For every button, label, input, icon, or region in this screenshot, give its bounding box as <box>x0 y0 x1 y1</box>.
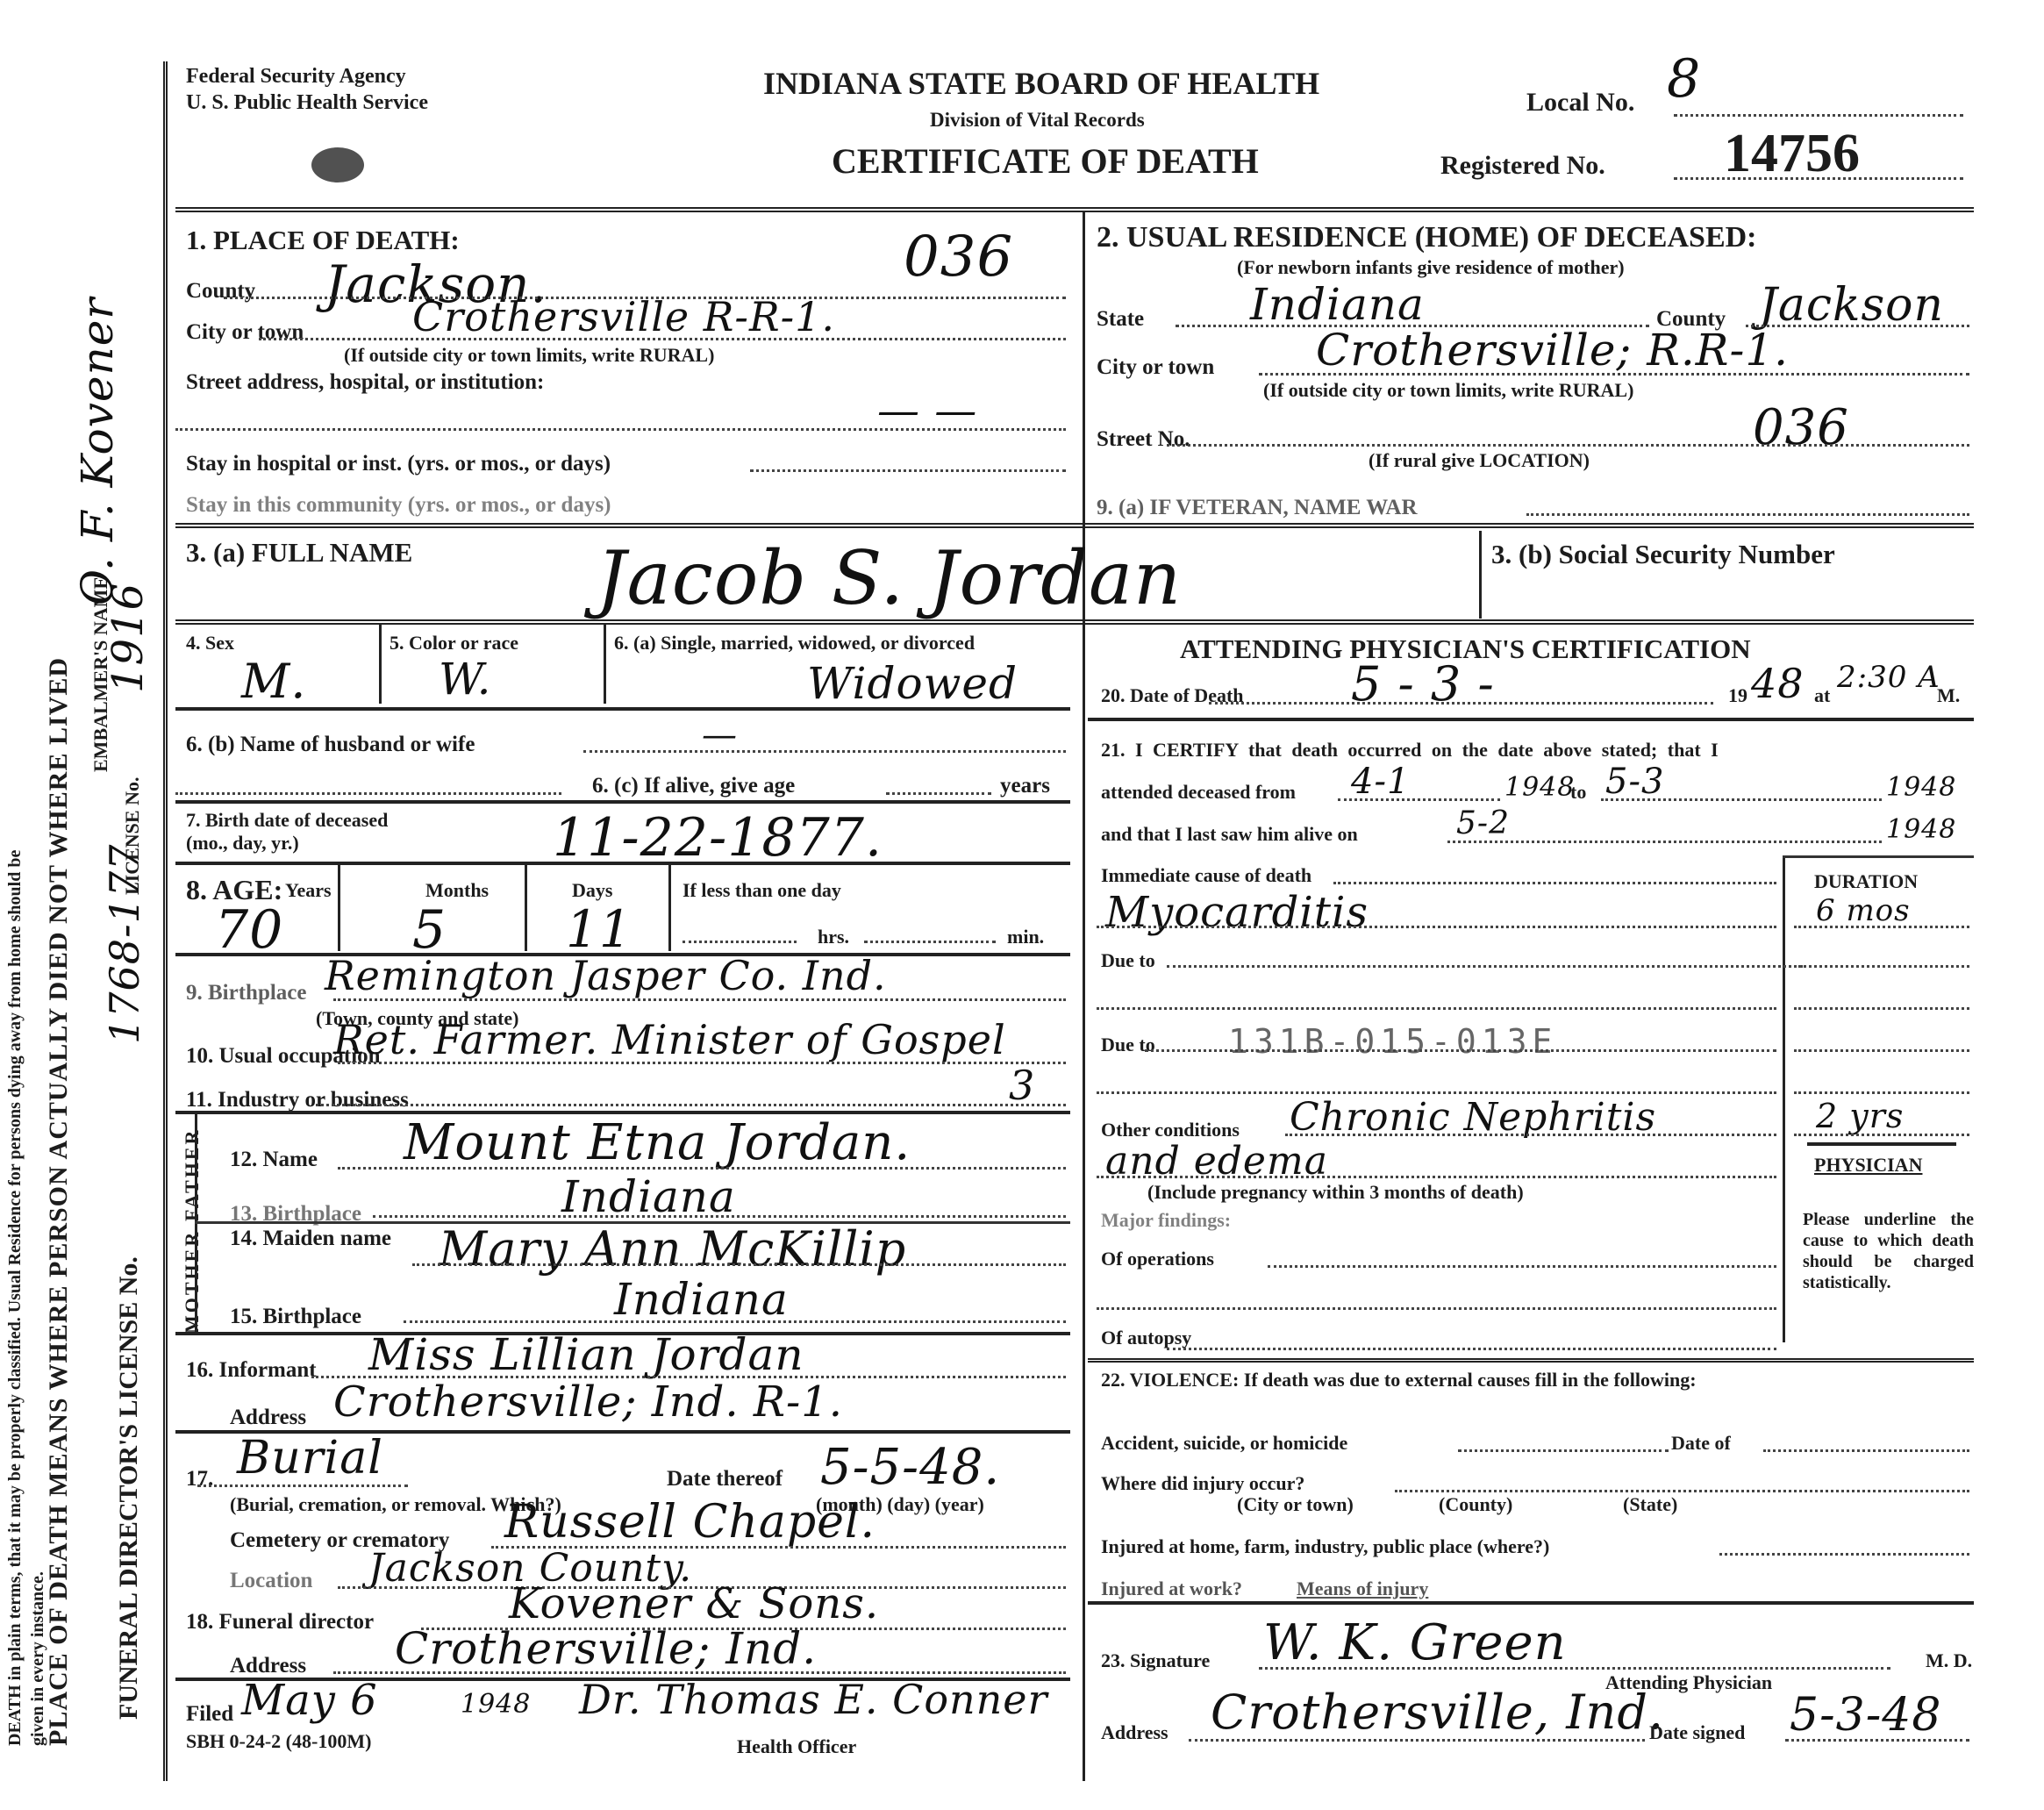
location-label: Location <box>230 1569 312 1593</box>
other-duration[interactable]: 2 yrs <box>1816 1097 1904 1135</box>
registered-no-label: Registered No. <box>1440 151 1605 181</box>
death-time-label: at <box>1814 684 1830 707</box>
due-to-duration-line-2b <box>1794 1091 1969 1094</box>
last-saw-year[interactable]: 1948 <box>1886 814 1956 845</box>
date-signed-line <box>1785 1739 1969 1742</box>
license-value: 1916 <box>104 583 153 693</box>
marital-value[interactable]: Widowed <box>807 658 1018 709</box>
injured-at-line <box>1719 1553 1969 1556</box>
full-name-value[interactable]: Jacob S. Jordan <box>597 535 1182 621</box>
physician-box-note: Please underline the cause to which deat… <box>1803 1209 1974 1293</box>
attended-to-year[interactable]: 1948 <box>1886 772 1956 803</box>
at-work-label: Injured at work? <box>1101 1577 1242 1600</box>
duration-divider <box>1783 855 1785 1342</box>
immediate-label: Immediate cause of death <box>1101 864 1311 887</box>
veteran-label: 9. (a) IF VETERAN, NAME WAR <box>1097 496 1418 520</box>
embalmer-value: O. F. Kovener <box>72 297 123 605</box>
mother-maiden-label: 14. Maiden name <box>230 1227 391 1251</box>
accident-label: Accident, suicide, or homicide <box>1101 1432 1347 1455</box>
spouse-age-label: 6. (c) If alive, give age <box>592 774 795 798</box>
agency-line-2: U. S. Public Health Service <box>186 91 428 115</box>
other-line-1 <box>1285 1134 1776 1136</box>
burial-date-value[interactable]: 5-5-48. <box>820 1439 1000 1496</box>
sex-race-divider <box>379 625 382 704</box>
mother-birthplace-label: 15. Birthplace <box>230 1305 361 1329</box>
due-to-line-2b <box>1097 1091 1776 1094</box>
director-value[interactable]: Kovener & Sons. <box>509 1579 879 1628</box>
death-time-suffix: M. <box>1937 684 1960 707</box>
due-to-label-1: Due to <box>1101 949 1155 972</box>
street-label: Street address, hospital, or institution… <box>186 370 544 395</box>
attended-from-year[interactable]: 1948 <box>1504 772 1575 803</box>
immediate-label-line <box>1333 882 1776 884</box>
due-to-duration-line-1 <box>1794 965 1969 968</box>
fd-license-label: FUNERAL DIRECTOR'S LICENSE No. <box>114 1256 144 1720</box>
marital-label: 6. (a) Single, married, widowed, or divo… <box>614 632 1053 655</box>
mother-maiden-line <box>412 1263 1066 1266</box>
father-name-label: 12. Name <box>230 1148 318 1172</box>
fd-license-value: 1768-177 <box>101 844 148 1044</box>
race-value-text[interactable]: W. <box>439 654 492 705</box>
rule-after-death-date <box>1088 718 1974 721</box>
attended-label: attended deceased from <box>1101 781 1296 804</box>
birthplace-value[interactable]: Remington Jasper Co. Ind. <box>325 952 887 999</box>
father-birthplace-line <box>373 1215 1066 1218</box>
spouse-line <box>583 750 1066 753</box>
rule-after-sex <box>175 707 1070 711</box>
stay-hospital-label: Stay in hospital or inst. (yrs. or mos.,… <box>186 452 611 476</box>
age-days-value[interactable]: 11 <box>566 899 632 959</box>
immediate-duration[interactable]: 6 mos <box>1816 893 1911 928</box>
res-state-value[interactable]: Indiana <box>1250 279 1425 330</box>
mother-maiden-value[interactable]: Mary Ann McKillip <box>439 1221 906 1277</box>
operations-line-2 <box>1097 1307 1776 1310</box>
other-duration-underline <box>1807 1142 1956 1146</box>
birth-label: 7. Birth date of deceased (mo., day, yr.… <box>186 809 397 855</box>
certify-text: 21. I CERTIFY that death occurred on the… <box>1101 739 1719 762</box>
sex-label: 4. Sex <box>186 632 234 655</box>
res-street-note: (If rural give LOCATION) <box>1369 449 1590 472</box>
street-line <box>175 428 1066 431</box>
due-to-line-1b <box>1097 1007 1776 1010</box>
industry-label: 11. Industry or business <box>186 1088 409 1112</box>
filed-year[interactable]: 1948 <box>461 1689 531 1720</box>
board-title: INDIANA STATE BOARD OF HEALTH <box>763 65 1319 102</box>
mother-side-label: MOTHER <box>181 1230 204 1334</box>
place-of-death-heading: 1. PLACE OF DEATH: <box>186 225 460 256</box>
due-to-value-2[interactable]: 131B-015-013E <box>1228 1022 1557 1061</box>
res-city-label: City or town <box>1097 355 1214 380</box>
city-label: City or town <box>186 320 304 345</box>
spouse-age-line <box>886 792 991 795</box>
age-div-3 <box>668 865 671 951</box>
mother-birthplace-value[interactable]: Indiana <box>614 1274 789 1325</box>
date-signed-value[interactable]: 5-3-48 <box>1790 1689 1941 1742</box>
last-saw-line <box>1447 841 1882 843</box>
burial-method-line <box>197 1484 408 1487</box>
last-saw-value[interactable]: 5-2 <box>1456 805 1510 841</box>
header-rule <box>175 207 1974 212</box>
father-side-label: FATHER <box>181 1128 204 1221</box>
date-of-label: Date of <box>1671 1432 1731 1455</box>
res-city-note: (If outside city or town limits, write R… <box>1263 379 1633 402</box>
rule-after-violence <box>1088 1601 1974 1605</box>
res-city-line <box>1259 373 1969 376</box>
injured-at-label: Injured at home, farm, industry, public … <box>1101 1535 1549 1558</box>
occupation-value[interactable]: Ret. Farmer. Minister of Gospel <box>333 1016 1006 1063</box>
sex-value[interactable]: M. <box>241 654 306 709</box>
where-city: (City or town) <box>1237 1493 1354 1516</box>
hrs-line <box>683 941 797 943</box>
attended-to[interactable]: 5-3 <box>1605 762 1664 802</box>
filed-label: Filed <box>186 1702 233 1727</box>
residence-note: (For newborn infants give residence of m… <box>1237 256 1625 279</box>
min-label: min. <box>1007 926 1044 948</box>
seal-icon <box>311 147 364 182</box>
ssn-divider <box>1479 531 1482 619</box>
race-label: 5. Color or race <box>390 632 518 655</box>
autopsy-line <box>1167 1348 1776 1350</box>
accident-line <box>1458 1449 1669 1452</box>
ssn-label: 3. (b) Social Security Number <box>1491 539 1835 570</box>
director-address-value[interactable]: Crothersville; Ind. <box>395 1623 817 1674</box>
informant-value[interactable]: Miss Lillian Jordan <box>368 1329 804 1380</box>
autopsy-label: Of autopsy <box>1101 1327 1191 1349</box>
father-name-line <box>338 1167 1066 1170</box>
death-year-value[interactable]: 48 <box>1751 660 1805 707</box>
local-no-value[interactable]: 8 <box>1667 48 1701 110</box>
immediate-line <box>1097 926 1776 928</box>
race-marital-divider <box>604 625 606 704</box>
industry-line <box>316 1104 1066 1106</box>
date-signed-label: Date signed <box>1649 1721 1745 1744</box>
min-line <box>864 941 996 943</box>
operations-label: Of operations <box>1101 1248 1214 1270</box>
birthplace-line <box>333 998 1066 1001</box>
due-to-line-2 <box>1145 1049 1776 1052</box>
age-div-2 <box>525 865 527 951</box>
health-officer-signature[interactable]: Dr. Thomas E. Conner <box>579 1676 1048 1723</box>
industry-value[interactable]: 3 <box>1009 1062 1035 1109</box>
burial-num: 17. <box>186 1467 213 1492</box>
last-saw-label: and that I last saw him alive on <box>1101 823 1358 846</box>
due-to-duration-line-2 <box>1794 1049 1969 1052</box>
cemetery-value[interactable]: Russell Chapel. <box>504 1496 875 1549</box>
age-div-1 <box>338 865 340 951</box>
informant-address-value[interactable]: Crothersville; Ind. R-1. <box>333 1377 843 1427</box>
where-line <box>1395 1490 1969 1492</box>
stay-hospital-line <box>750 469 1066 472</box>
local-no-line <box>1674 114 1963 117</box>
date-of-line <box>1763 1449 1969 1452</box>
res-state-label: State <box>1097 307 1144 332</box>
attended-from-line <box>1338 798 1500 801</box>
occupation-line <box>338 1062 1066 1064</box>
attended-to-line <box>1601 798 1882 801</box>
registered-no-line <box>1674 177 1963 180</box>
rule-after-spouse <box>175 800 1070 804</box>
where-county: (County) <box>1439 1493 1512 1516</box>
major-findings-label: Major findings: <box>1101 1209 1231 1232</box>
rule-before-violence <box>1088 1358 1974 1363</box>
form-left-border <box>163 61 168 1781</box>
director-address-label: Address <box>230 1654 306 1678</box>
due-to-duration-line-1b <box>1794 1007 1969 1010</box>
signature-suffix: M. D. <box>1926 1649 1972 1672</box>
hrs-label: hrs. <box>818 926 849 948</box>
spouse-age-unit: years <box>1000 774 1050 798</box>
rule-after-residence <box>175 523 1974 528</box>
agency-line-1: Federal Security Agency <box>186 65 406 89</box>
father-name-value[interactable]: Mount Etna Jordan. <box>404 1114 911 1171</box>
veteran-line <box>1526 513 1969 516</box>
local-no-label: Local No. <box>1526 88 1634 118</box>
division-title: Division of Vital Records <box>930 109 1145 132</box>
county-label: County <box>186 279 255 304</box>
burial-method-value[interactable]: Burial <box>237 1432 383 1484</box>
form-code: SBH 0-24-2 (48-100M) <box>186 1730 371 1753</box>
means-label: Means of injury <box>1297 1577 1428 1600</box>
due-to-label-2: Due to <box>1101 1034 1155 1056</box>
other-line-2 <box>1097 1176 1776 1178</box>
full-name-label: 3. (a) FULL NAME <box>186 537 412 569</box>
res-street-label: Street No. <box>1097 427 1190 452</box>
immediate-value[interactable]: Myocarditis <box>1105 888 1369 937</box>
margin-place-note: PLACE OF DEATH MEANS WHERE PERSON ACTUAL… <box>44 657 74 1746</box>
immediate-duration-line <box>1794 926 1969 928</box>
duration-heading: DURATION <box>1814 870 1918 893</box>
death-year-prefix: 19 <box>1728 684 1747 707</box>
age-less-label: If less than one day <box>683 879 841 902</box>
death-time-value[interactable]: 2:30 A <box>1837 660 1940 695</box>
director-label: 18. Funeral director <box>186 1610 374 1635</box>
res-street-line <box>1167 444 1969 447</box>
violence-heading: 22. VIOLENCE: If death was due to extern… <box>1101 1369 1908 1391</box>
physician-box-heading: PHYSICIAN <box>1814 1154 1922 1177</box>
burial-date-label: Date thereof <box>667 1467 783 1492</box>
attended-to-label: to <box>1570 781 1586 804</box>
city-line <box>259 338 1066 340</box>
city-value[interactable]: Crothersville R-R-1. <box>412 293 835 340</box>
rule-after-birth <box>175 862 1070 865</box>
signature-value[interactable]: W. K. Green <box>1263 1614 1567 1671</box>
stay-community-label: Stay in this community (yrs. or mos., or… <box>186 493 611 518</box>
rule-after-name <box>175 619 1974 625</box>
birthplace-label: 9. Birthplace <box>186 981 307 1005</box>
informant-label: 16. Informant <box>186 1358 317 1383</box>
column-divider <box>1083 211 1085 1781</box>
res-street-value[interactable]: 036 <box>1753 399 1849 456</box>
sig-address-value[interactable]: Crothersville, Ind. <box>1211 1685 1664 1740</box>
health-officer-label: Health Officer <box>737 1735 856 1758</box>
certificate-title: CERTIFICATE OF DEATH <box>832 140 1259 182</box>
attended-from[interactable]: 4-1 <box>1351 762 1410 802</box>
operations-line <box>1268 1265 1776 1268</box>
signature-label: 23. Signature <box>1101 1649 1210 1672</box>
other-duration-line <box>1794 1134 1969 1136</box>
duration-top-rule <box>1783 855 1974 858</box>
residence-heading: 2. USUAL RESIDENCE (HOME) OF DECEASED: <box>1097 221 1757 254</box>
place-of-death-code[interactable]: 036 <box>904 225 1013 290</box>
where-state: (State) <box>1623 1493 1677 1516</box>
res-county-value[interactable]: Jackson <box>1759 279 1944 332</box>
director-address-line <box>333 1671 1066 1674</box>
res-city-value[interactable]: Crothersville; R.R-1. <box>1316 325 1789 376</box>
filed-value[interactable]: May 6 <box>241 1676 378 1725</box>
signature-line <box>1259 1667 1890 1670</box>
age-years-value[interactable]: 70 <box>215 899 283 961</box>
mother-birthplace-line <box>404 1320 1066 1323</box>
death-date-line <box>1209 702 1713 705</box>
birth-value[interactable]: 11-22-1877. <box>553 807 883 869</box>
spouse-line-2 <box>175 792 561 795</box>
sig-address-label: Address <box>1101 1721 1169 1744</box>
margin-instruction-top: DEATH in plain terms, that it may be pro… <box>5 79 25 1746</box>
registered-no-value[interactable]: 14756 <box>1724 123 1860 185</box>
where-label: Where did injury occur? <box>1101 1472 1304 1495</box>
due-to-line-1 <box>1167 965 1803 968</box>
age-years-label: Years <box>285 879 332 902</box>
pregnancy-note: (Include pregnancy within 3 months of de… <box>1147 1181 1524 1204</box>
city-note: (If outside city or town limits, write R… <box>344 344 714 367</box>
sig-address-line <box>1189 1739 1645 1742</box>
spouse-label: 6. (b) Name of husband or wife <box>186 733 475 757</box>
informant-address-label: Address <box>230 1406 306 1430</box>
